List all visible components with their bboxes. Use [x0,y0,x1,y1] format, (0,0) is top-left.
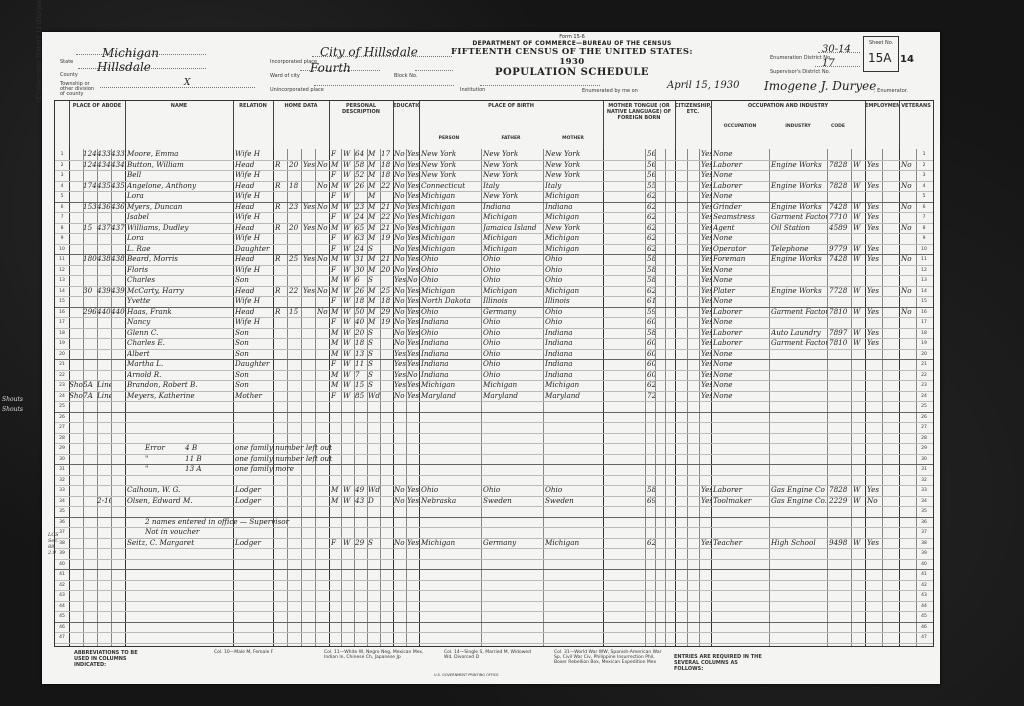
cell-english: Yes [701,212,711,222]
cell-pob-father: Michigan [483,380,543,390]
cell-marr-age [381,275,393,285]
cell-street [69,328,83,338]
cell-school: No [394,496,406,506]
township-rule [100,87,255,88]
cell-tenure [275,170,287,180]
cell-sex: M [331,307,341,317]
cell-family [111,265,125,275]
line-number: 6 [55,205,69,210]
cell-street [69,359,83,369]
cell-read: Yes [407,212,419,222]
cell-tenure [275,244,287,254]
cell-family [111,380,125,390]
colgroup-employment: EMPLOYMENT [865,101,900,149]
cell-marr-age: 21 [381,254,393,264]
line-number: 44 [55,604,69,609]
cell-school: No [394,160,406,170]
cell-age: 26 [355,286,367,296]
cell-dwelling [97,338,111,348]
cell-class [853,265,865,275]
cell-occupation: Laborer [713,338,769,348]
cell-radio [303,212,315,222]
cell-read: Yes [407,296,419,306]
line-number-right: 47 [917,635,931,640]
cell-code: 60 [647,349,655,359]
cell-dwelling: Line 5 [97,391,111,401]
cell-occupation: None [713,265,769,275]
cell-pob-mother: New York [545,170,603,180]
cell-code: 58 [647,485,655,495]
cell-pob: Ohio [421,307,481,317]
cell-farm [317,370,329,380]
cell-english: Yes [701,380,711,390]
cell-industry [771,275,827,285]
cell-house: 124 [83,160,97,170]
cell-vet: No [901,254,916,264]
cell-family [111,212,125,222]
cell-street [69,181,83,191]
cell-farm: No [317,286,329,296]
cell-english: Yes [701,202,711,212]
cell-read: Yes [407,265,419,275]
cell-marr-age: 20 [381,265,393,275]
cell-age: 13 [355,349,367,359]
cell-vet [901,275,916,285]
line-number-right: 26 [917,415,931,420]
sheet-label: Sheet No. [869,40,893,46]
line-number-right: 1 [917,152,931,157]
cell-sex: M [331,286,341,296]
cell-family: 438 [111,254,125,264]
cell-english: Yes [701,233,711,243]
cell-work [867,349,882,359]
cell-street [69,170,83,180]
cell-farm [317,244,329,254]
cell-street [69,349,83,359]
cell-radio: Yes [303,286,315,296]
cell-tenure: R [275,181,287,191]
cell-occupation: Laborer [713,307,769,317]
cell-pob: Michigan [421,538,481,548]
cell-ind-code: 7710 [829,212,851,222]
cell-ind-code: 7810 [829,338,851,348]
cell-industry [771,191,827,201]
cell-family [111,349,125,359]
abbrev-sex: Col. 10—Male M, Female F [214,650,314,655]
line-number: 16 [55,310,69,315]
line-number: 47 [55,635,69,640]
cell-value [289,296,301,306]
cell-pob: New York [421,149,481,159]
cell-family [111,338,125,348]
cell-race: W [343,212,353,222]
cell-industry [771,349,827,359]
cell-relation: Son [235,275,273,285]
cell-house: 124 [83,149,97,159]
line-number: 1 [55,152,69,157]
cell-school: No [394,223,406,233]
cell-english: Yes [701,391,711,401]
cell-pob-father: Ohio [483,265,543,275]
cell-occupation: Teacher [713,538,769,548]
cell-sex: M [331,496,341,506]
cell-tenure [275,275,287,285]
cell-pob-mother: Indiana [545,202,603,212]
cell-code: 58 [647,275,655,285]
cell-name: McCarty, Harry [127,286,233,296]
cell-radio [303,307,315,317]
line-number: 35 [55,509,69,514]
cell-name: Arnold R. [127,370,233,380]
cell-pob: Indiana [421,338,481,348]
cell-value [289,317,301,327]
line-number: 8 [55,226,69,231]
cell-class: W [853,496,865,506]
cell-relation: Wife H [235,233,273,243]
cell-pob-father: Sweden [483,496,543,506]
cell-farm [317,317,329,327]
line-number-right: 4 [917,184,931,189]
colgroup-citizenship: CITIZENSHIP, ETC. [675,101,712,149]
cell-tenure [275,212,287,222]
cell-industry: Engine Works [771,202,827,212]
cell-sex: F [331,170,341,180]
cell-class [853,317,865,327]
cell-work: Yes [867,254,882,264]
line-number-right: 8 [917,226,931,231]
cell-tenure [275,391,287,401]
cell-class [853,359,865,369]
cell-tenure: R [275,254,287,264]
cell-house: 180 [83,254,97,264]
cell-dwelling [97,275,111,285]
cell-marr-age: 22 [381,181,393,191]
line-number-right: 38 [917,541,931,546]
cell-marr-age: 18 [381,160,393,170]
cell-pob-mother: Illinois [545,296,603,306]
cell-code: 56 [647,149,655,159]
cell-relation: Lodger [235,485,273,495]
cell-pob: Michigan [421,380,481,390]
cell-ind-code: 7428 [829,254,851,264]
cell-vet [901,296,916,306]
cell-race: W [343,244,353,254]
cell-read: Yes [407,254,419,264]
cell-farm [317,380,329,390]
office-note: 2 names entered in office — Supervisor [145,517,405,527]
cell-dwelling [97,538,111,548]
cell-farm [317,212,329,222]
unincorporated-rule [314,85,454,86]
cell-pob-mother: New York [545,223,603,233]
sheet-number-box: Sheet No. 15A [863,36,899,72]
cell-relation: Son [235,338,273,348]
cell-race: W [343,359,353,369]
cell-read: No [407,370,419,380]
line-number-right: 37 [917,530,931,535]
cell-pob-father: Maryland [483,391,543,401]
line-number: 21 [55,362,69,367]
cell-english: Yes [701,286,711,296]
cell-house: 296 [83,307,97,317]
cell-name: Brandon, Robert B. [127,380,233,390]
cell-relation: Wife H [235,265,273,275]
cell-sex: M [331,328,341,338]
cell-occupation: Laborer [713,485,769,495]
cell-class [853,233,865,243]
cell-vet [901,370,916,380]
line-number-right: 32 [917,478,931,483]
cell-house [83,170,97,180]
cell-tenure [275,349,287,359]
cell-dwelling: 2-16 [97,496,111,506]
cell-marital: Wd [368,391,380,401]
cell-occupation: None [713,317,769,327]
cell-race: W [343,485,353,495]
cell-farm [317,328,329,338]
cell-class: W [853,328,865,338]
cell-english: Yes [701,349,711,359]
cell-family: 433 [111,149,125,159]
cell-pob-father: Ohio [483,328,543,338]
cell-read: Yes [407,391,419,401]
cell-school: Yes [394,275,406,285]
cell-family [111,170,125,180]
cell-work [867,296,882,306]
cell-sex: M [331,223,341,233]
cell-relation: Head [235,181,273,191]
colgroup-birthplace: PLACE OF BIRTH PERSON FATHER MOTHER [419,101,604,149]
cell-value [289,170,301,180]
cell-street [69,149,83,159]
cell-industry: High School [771,538,827,548]
cell-farm [317,170,329,180]
cell-english: Yes [701,317,711,327]
cell-work [867,391,882,401]
line-number: 15 [55,299,69,304]
cell-pob-father: Michigan [483,286,543,296]
population-table: PLACE OF ABODE NAME RELATION HOME DATA P… [54,100,934,647]
cell-family: 435 [111,181,125,191]
cell-marr-age [381,359,393,369]
cell-marital: M [368,296,380,306]
cell-radio [303,275,315,285]
cell-english: Yes [701,191,711,201]
cell-class [853,170,865,180]
cell-vet [901,317,916,327]
line-number: 11 [55,257,69,262]
cell-age: 18 [355,338,367,348]
cell-code: 69 [647,496,655,506]
cell-vet: No [901,307,916,317]
cell-industry: Engine Works [771,181,827,191]
cell-read: Yes [407,191,419,201]
cell-vet [901,338,916,348]
note-ref: " [145,454,185,464]
cell-street [69,233,83,243]
cell-race: W [343,265,353,275]
cell-code: 62 [647,233,655,243]
cell-read: Yes [407,223,419,233]
cell-code: 55 [647,181,655,191]
line-number-right: 2 [917,163,931,168]
cell-ind-code [829,191,851,201]
line-number-right: 41 [917,572,931,577]
cell-farm [317,149,329,159]
cell-relation: Wife H [235,191,273,201]
cell-race: W [343,349,353,359]
cell-name: Charles [127,275,233,285]
cell-pob-father: Germany [483,307,543,317]
cell-code: 62 [647,191,655,201]
line-number-right: 34 [917,499,931,504]
cell-street [69,338,83,348]
line-number: 9 [55,236,69,241]
cell-pob: Michigan [421,191,481,201]
line-number-right: 27 [917,425,931,430]
cell-age: 40 [355,317,367,327]
cell-value [289,359,301,369]
cell-ind-code [829,380,851,390]
cell-class: W [853,160,865,170]
cell-race: W [343,391,353,401]
cell-street [69,254,83,264]
cell-english: Yes [701,149,711,159]
cell-age: 58 [355,160,367,170]
cell-dwelling [97,170,111,180]
cell-dwelling [97,359,111,369]
line-number: 14 [55,289,69,294]
institution-rule [480,85,600,86]
cell-pob-father: New York [483,191,543,201]
cell-class: W [853,538,865,548]
line-number-right: 25 [917,404,931,409]
cell-marital: D [368,496,380,506]
cell-tenure [275,359,287,369]
cell-school: No [394,244,406,254]
cell-family: 436 [111,202,125,212]
cell-race: W [343,149,353,159]
cell-pob: Michigan [421,244,481,254]
cell-occupation: Toolmaker [713,496,769,506]
cell-class [853,191,865,201]
cell-vet: No [901,286,916,296]
block-label: Block No. [394,73,417,79]
note-text: one family number left out [235,454,415,464]
cell-house: 153 [83,202,97,212]
cell-pob-mother: Ohio [545,317,603,327]
cell-house: 30 [83,286,97,296]
cell-name: Floris [127,265,233,275]
cell-school: No [394,338,406,348]
cell-radio [303,391,315,401]
cell-age: 52 [355,170,367,180]
cell-family [111,296,125,306]
census-sheet: (Enumeration District 11 (Duryee)) Shout… [42,32,940,684]
line-number-right: 40 [917,562,931,567]
line-number: 4 [55,184,69,189]
cell-pob-father: Ohio [483,317,543,327]
enumeration-district-value: 30-14 [822,44,851,55]
cell-sex: F [331,317,341,327]
cell-farm [317,275,329,285]
cell-read: Yes [407,244,419,254]
cell-relation: Daughter [235,244,273,254]
cell-english: Yes [701,307,711,317]
line-number: 12 [55,268,69,273]
cell-pob-father: New York [483,170,543,180]
cell-house [83,538,97,548]
cell-street [69,538,83,548]
cell-name: L. Rae [127,244,233,254]
cell-code: 56 [647,170,655,180]
cell-marital: Wd [368,485,380,495]
cell-marr-age: 19 [381,233,393,243]
cell-english: Yes [701,244,711,254]
cell-dwelling: 437 [97,223,111,233]
cell-school: No [394,254,406,264]
cell-radio [303,233,315,243]
line-number-right: 12 [917,268,931,273]
line-number: 32 [55,478,69,483]
cell-occupation: Laborer [713,160,769,170]
cell-code: 60 [647,359,655,369]
enumerated-label: Enumerated by me on [582,88,638,94]
father-subheader: FATHER [481,136,541,141]
entries-title: ENTRIES ARE REQUIRED IN THE SEVERAL COLU… [674,654,764,672]
cell-dwelling: 439 [97,286,111,296]
cell-age: 50 [355,307,367,317]
cell-street [69,212,83,222]
cell-pob-mother: New York [545,160,603,170]
cell-tenure [275,296,287,306]
cell-school: Yes [394,370,406,380]
line-number-right: 45 [917,614,931,619]
cell-value: 22 [289,286,301,296]
cell-tenure [275,328,287,338]
line-number-right: 42 [917,583,931,588]
cell-race: W [343,370,353,380]
line-number-right: 23 [917,383,931,388]
cell-occupation: None [713,191,769,201]
cell-english: Yes [701,181,711,191]
line-number: 2 [55,163,69,168]
cell-name: Calhoun, W. G. [127,485,233,495]
cell-work [867,370,882,380]
cell-code: 60 [647,370,655,380]
cell-school: Yes [394,380,406,390]
department: DEPARTMENT OF COMMERCE—BUREAU OF THE CEN… [442,40,702,47]
line-number-right: 29 [917,446,931,451]
cell-pob-mother: Ohio [545,485,603,495]
cell-age: 7 [355,370,367,380]
cell-code: 59 [647,307,655,317]
unincorporated-label: Unincorporated place [270,87,324,93]
cell-occupation: None [713,359,769,369]
cell-sex: M [331,380,341,390]
cell-name: Lora [127,191,233,201]
cell-age: 85 [355,391,367,401]
cell-value [289,380,301,390]
cell-pob-father: Ohio [483,338,543,348]
cell-ind-code: 7428 [829,202,851,212]
enumerator-name: Imogene J. Duryee [764,79,876,93]
cell-radio [303,181,315,191]
cell-house: 174 [83,181,97,191]
cell-work [867,149,882,159]
cell-school: No [394,286,406,296]
cell-class [853,370,865,380]
